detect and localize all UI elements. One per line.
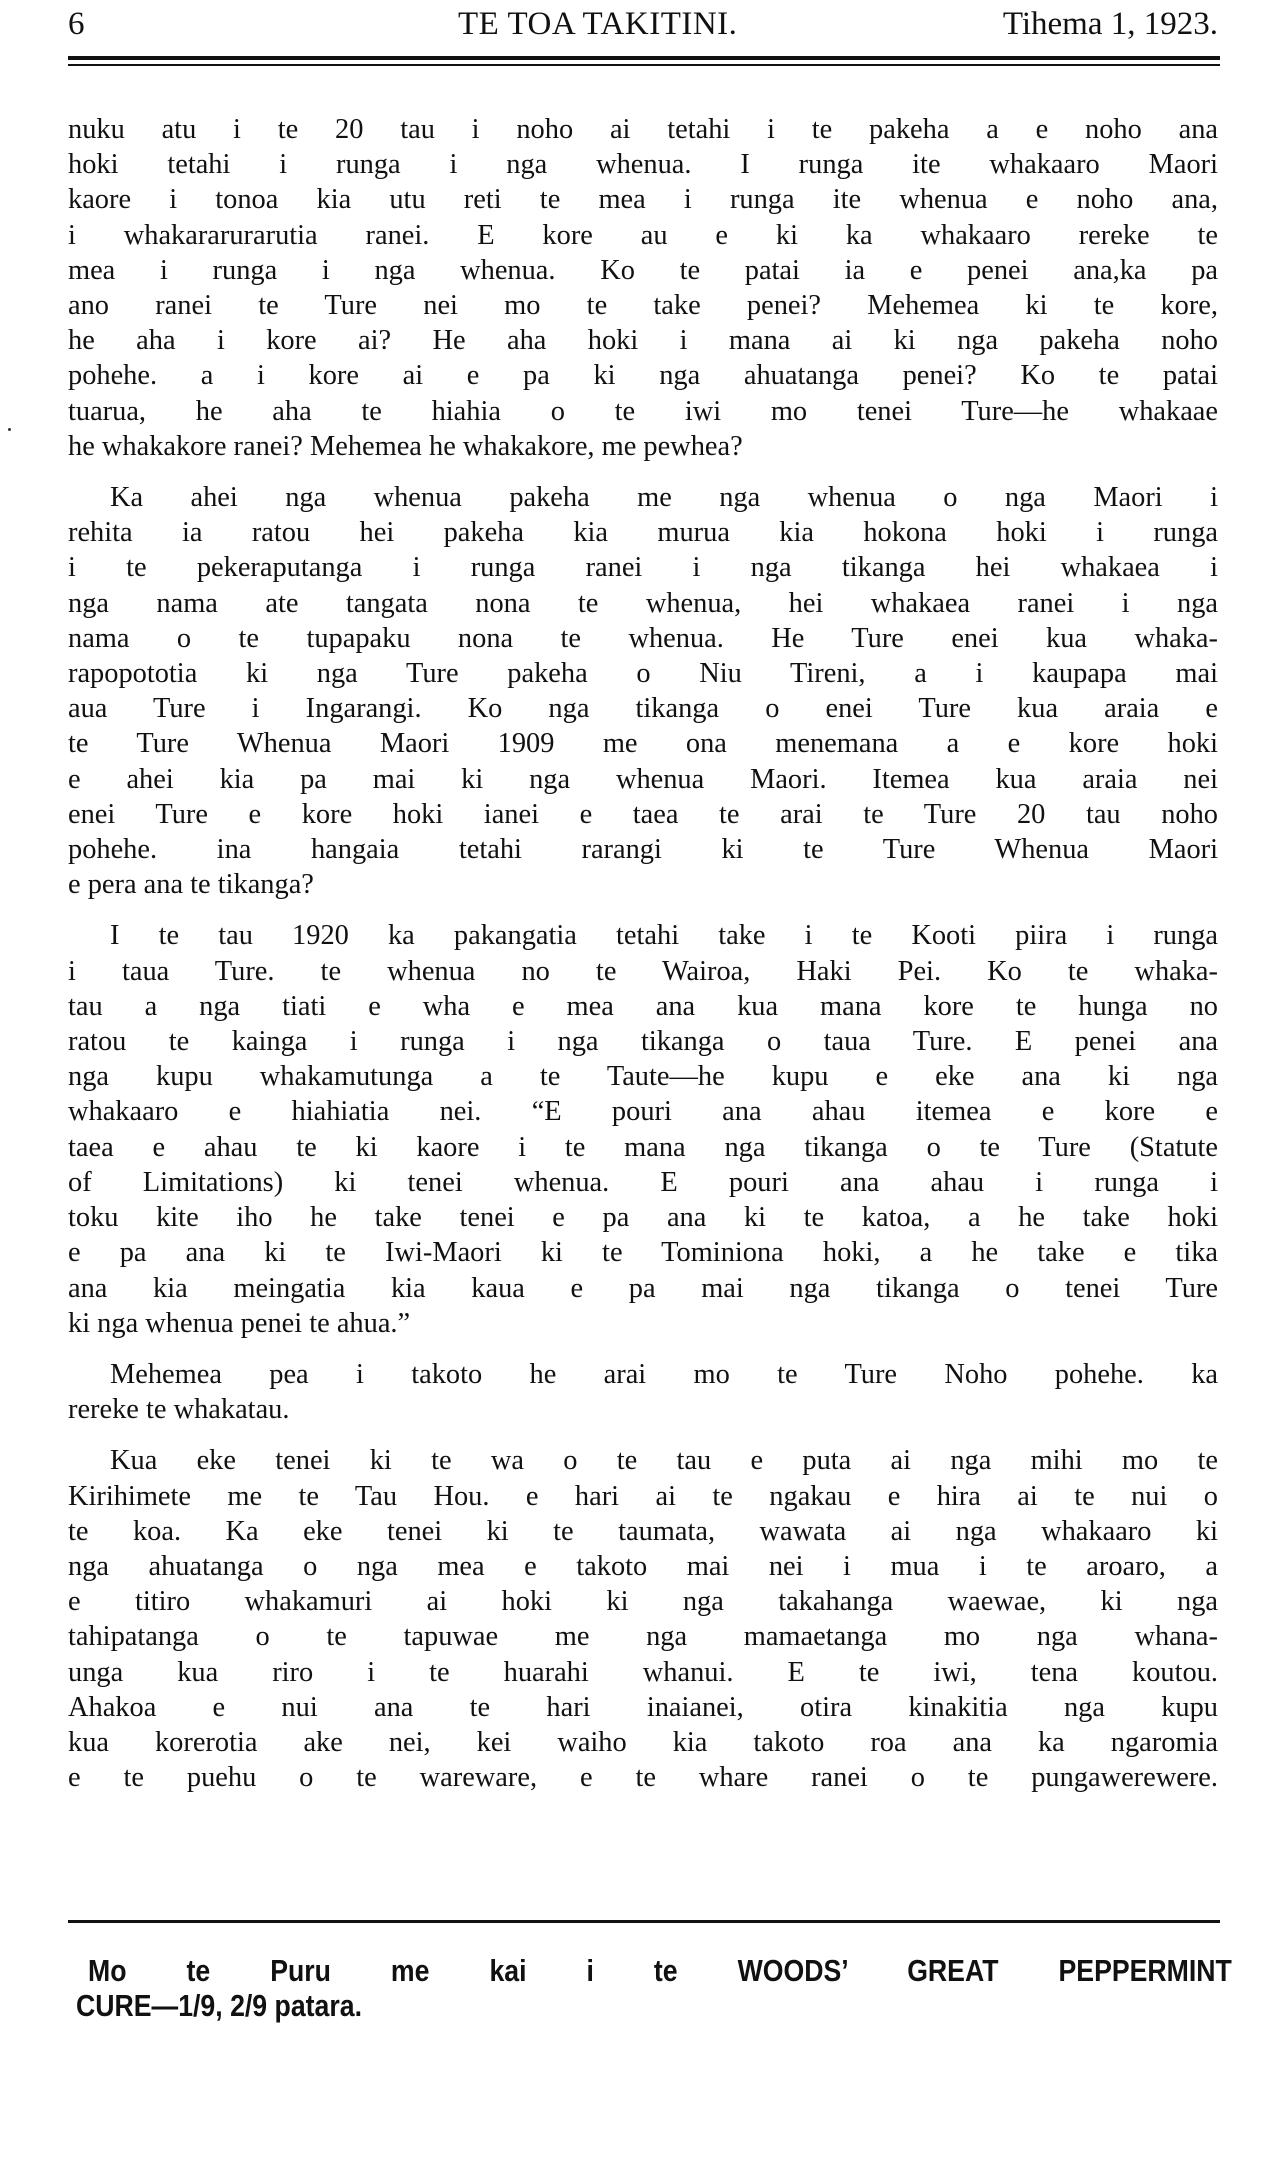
- text-line: toku kite iho he take tenei e pa ana ki …: [68, 1200, 1218, 1235]
- text-line: hoki tetahi i runga i nga whenua. I rung…: [68, 147, 1218, 182]
- text-line: kua korerotia ake nei, kei waiho kia tak…: [68, 1725, 1218, 1760]
- advert-line: Mo te Puru me kai i te WOODS’ GREAT PEPP…: [76, 1953, 1232, 1988]
- text-line: Ka ahei nga whenua pakeha me nga whenua …: [68, 480, 1218, 515]
- text-line: nga ahuatanga o nga mea e takoto mai nei…: [68, 1549, 1218, 1584]
- text-line: e titiro whakamuri ai hoki ki nga takaha…: [68, 1584, 1218, 1619]
- text-line: nga nama ate tangata nona te whenua, hei…: [68, 586, 1218, 621]
- text-line: tahipatanga o te tapuwae me nga mamaetan…: [68, 1619, 1218, 1654]
- advertisement: Mo te Puru me kai i te WOODS’ GREAT PEPP…: [76, 1953, 1060, 2023]
- paragraph-3: I te tau 1920 ka pakangatia tetahi take …: [68, 918, 1218, 1340]
- text-line: whakaaro e hiahiatia nei. “E pouri ana a…: [68, 1094, 1218, 1129]
- text-line: te koa. Ka eke tenei ki te taumata, wawa…: [68, 1514, 1218, 1549]
- text-line: kaore i tonoa kia utu reti te mea i rung…: [68, 182, 1218, 217]
- text-line: ana kia meingatia kia kaua e pa mai nga …: [68, 1271, 1218, 1306]
- text-line: i te pekeraputanga i runga ranei i nga t…: [68, 550, 1218, 585]
- text-line: mea i runga i nga whenua. Ko te patai ia…: [68, 253, 1218, 288]
- paragraph-1: nuku atu i te 20 tau i noho ai tetahi i …: [68, 112, 1218, 464]
- header-rule-top: [68, 56, 1220, 60]
- page-header: 6 TE TOA TAKITINI. Tihema 1, 1923.: [68, 4, 1218, 52]
- text-line: pohehe. ina hangaia tetahi rarangi ki te…: [68, 832, 1218, 867]
- text-line: ano ranei te Ture nei mo te take penei? …: [68, 288, 1218, 323]
- text-line: he whakakore ranei? Mehemea he whakakore…: [68, 429, 1218, 464]
- text-line: e pera ana te tikanga?: [68, 867, 1218, 902]
- text-line: e ahei kia pa mai ki nga whenua Maori. I…: [68, 762, 1218, 797]
- text-line: ki nga whenua penei te ahua.”: [68, 1306, 1218, 1341]
- text-line: Kua eke tenei ki te wa o te tau e puta a…: [68, 1443, 1218, 1478]
- text-line: rereke te whakatau.: [68, 1392, 1218, 1427]
- newspaper-masthead: TE TOA TAKITINI.: [458, 6, 737, 43]
- text-line: tau a nga tiati e wha e mea ana kua mana…: [68, 989, 1218, 1024]
- text-line: enei Ture e kore hoki ianei e taea te ar…: [68, 797, 1218, 832]
- text-line: Mehemea pea i takoto he arai mo te Ture …: [68, 1357, 1218, 1392]
- text-line: Kirihimete me te Tau Hou. e hari ai te n…: [68, 1479, 1218, 1514]
- advert-separator-rule: [68, 1920, 1220, 1923]
- text-line: aua Ture i Ingarangi. Ko nga tikanga o e…: [68, 691, 1218, 726]
- text-line: he aha i kore ai? He aha hoki i mana ai …: [68, 323, 1218, 358]
- text-line: I te tau 1920 ka pakangatia tetahi take …: [68, 918, 1218, 953]
- header-rule-bottom: [68, 64, 1220, 66]
- paragraph-4: Mehemea pea i takoto he arai mo te Ture …: [68, 1357, 1218, 1427]
- text-line: te Ture Whenua Maori 1909 me ona meneman…: [68, 726, 1218, 761]
- text-line: e pa ana ki te Iwi-Maori ki te Tominiona…: [68, 1235, 1218, 1270]
- text-line: e te puehu o te wareware, e te whare ran…: [68, 1760, 1218, 1795]
- margin-speck: [8, 428, 11, 431]
- page-number: 6: [68, 6, 85, 43]
- text-line: unga kua riro i te huarahi whanui. E te …: [68, 1655, 1218, 1690]
- paragraph-5: Kua eke tenei ki te wa o te tau e puta a…: [68, 1443, 1218, 1795]
- text-line: of Limitations) ki tenei whenua. E pouri…: [68, 1165, 1218, 1200]
- issue-date: Tihema 1, 1923.: [1003, 6, 1218, 43]
- text-line: rehita ia ratou hei pakeha kia murua kia…: [68, 515, 1218, 550]
- advert-line: CURE—1/9, 2/9 patara.: [76, 1988, 1220, 2023]
- text-line: ratou te kainga i runga i nga tikanga o …: [68, 1024, 1218, 1059]
- text-line: taea e ahau te ki kaore i te mana nga ti…: [68, 1130, 1218, 1165]
- article-body: nuku atu i te 20 tau i noho ai tetahi i …: [68, 112, 1218, 1811]
- text-line: nga kupu whakamutunga a te Taute—he kupu…: [68, 1059, 1218, 1094]
- text-line: Ahakoa e nui ana te hari inaianei, otira…: [68, 1690, 1218, 1725]
- text-line: i whakararurarutia ranei. E kore au e ki…: [68, 218, 1218, 253]
- text-line: pohehe. a i kore ai e pa ki nga ahuatang…: [68, 358, 1218, 393]
- paragraph-2: Ka ahei nga whenua pakeha me nga whenua …: [68, 480, 1218, 902]
- text-line: tuarua, he aha te hiahia o te iwi mo ten…: [68, 394, 1218, 429]
- text-line: nuku atu i te 20 tau i noho ai tetahi i …: [68, 112, 1218, 147]
- text-line: i taua Ture. te whenua no te Wairoa, Hak…: [68, 954, 1218, 989]
- text-line: rapopototia ki nga Ture pakeha o Niu Tir…: [68, 656, 1218, 691]
- text-line: nama o te tupapaku nona te whenua. He Tu…: [68, 621, 1218, 656]
